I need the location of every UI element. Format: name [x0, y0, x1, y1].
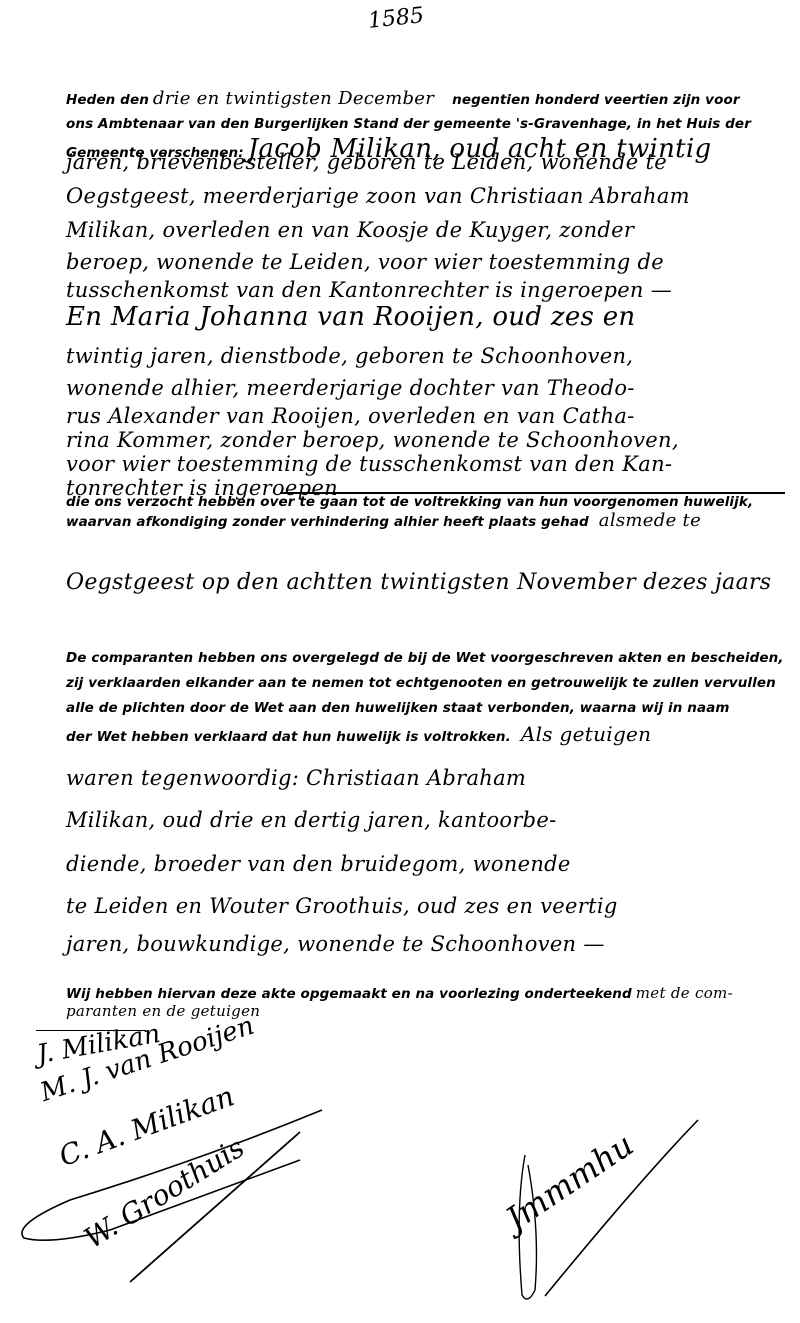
groom-line-2: Oegstgeest, meerderjarige zoon van Chris…	[66, 184, 766, 208]
marriage-certificate-page: 1585 Heden den drie en twintigsten Decem…	[0, 0, 800, 1323]
handwritten-text: Als getuigen	[521, 722, 652, 746]
opening-line-2: ons Ambtenaar van den Burgerlijken Stand…	[66, 116, 766, 132]
bride-line-6: voor wier toestemming de tusschenkomst v…	[66, 452, 766, 476]
declaration-line-4: der Wet hebben verklaard dat hun huwelij…	[66, 722, 766, 746]
bride-line-5: rina Kommer, zonder beroep, wonende te S…	[66, 428, 766, 452]
groom-line-1: jaren, brievenbesteller, geboren te Leid…	[66, 150, 766, 174]
witness-line-1: waren tegenwoordig: Christiaan Abraham	[66, 766, 766, 790]
declaration-line-3: alle de plichten door de Wet aan den huw…	[66, 700, 766, 716]
bride-line-2: twintig jaren, dienstbode, geboren te Sc…	[66, 344, 766, 368]
printed-text: Heden den	[66, 92, 149, 108]
printed-text: der Wet hebben verklaard dat hun huwelij…	[66, 729, 511, 745]
handwritten-text: alsmede te	[599, 510, 701, 531]
folio-number: 1585	[367, 3, 425, 34]
bride-line-3: wonende alhier, meerderjarige dochter va…	[66, 376, 766, 400]
groom-line-3: Milikan, overleden en van Koosje de Kuyg…	[66, 218, 766, 242]
request-line-1: die ons verzocht hebben over te gaan tot…	[66, 494, 766, 510]
opening-line-1: Heden den drie en twintigsten December n…	[66, 88, 766, 109]
handwritten-text: met de com-	[636, 984, 733, 1002]
handwritten-date: drie en twintigsten December	[153, 88, 434, 109]
announcement-line: Oegstgeest op den achtten twintigsten No…	[66, 570, 766, 595]
witness-line-4: te Leiden en Wouter Groothuis, oud zes e…	[66, 894, 766, 918]
closing-line-2: paranten en de getuigen	[66, 1002, 766, 1020]
signature-registrar: Jmmmhu	[499, 1125, 641, 1238]
declaration-line-2: zij verklaarden elkander aan te nemen to…	[66, 675, 766, 691]
printed-text: negentien honderd veertien zijn voor	[452, 92, 739, 108]
witness-line-3: diende, broeder van den bruidegom, wonen…	[66, 852, 766, 876]
groom-line-5: tusschenkomst van den Kantonrechter is i…	[66, 278, 766, 302]
printed-text: waarvan afkondiging zonder verhindering …	[66, 514, 589, 530]
request-line-2: waarvan afkondiging zonder verhindering …	[66, 510, 766, 531]
closing-line-1: Wij hebben hiervan deze akte opgemaakt e…	[66, 984, 766, 1003]
witness-line-2: Milikan, oud drie en dertig jaren, kanto…	[66, 808, 766, 832]
declaration-line-1: De comparanten hebben ons overgelegd de …	[66, 650, 766, 666]
printed-text: Wij hebben hiervan deze akte opgemaakt e…	[66, 986, 632, 1002]
witness-line-5: jaren, bouwkundige, wonende te Schoonhov…	[66, 932, 766, 956]
bride-line-4: rus Alexander van Rooijen, overleden en …	[66, 404, 766, 428]
groom-line-4: beroep, wonende te Leiden, voor wier toe…	[66, 250, 766, 274]
bride-line-1: En Maria Johanna van Rooijen, oud zes en	[66, 302, 766, 332]
